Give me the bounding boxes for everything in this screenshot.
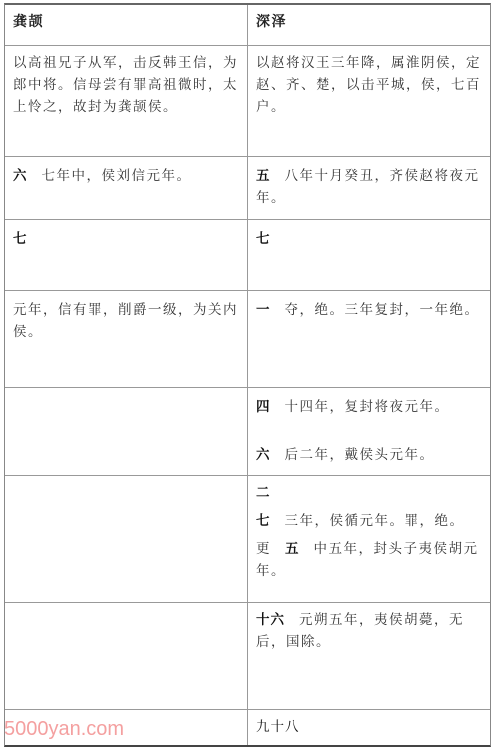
cell-text: 夺，绝。三年复封，一年绝。 [285, 302, 480, 318]
cell-text: 元年，信有罪，削爵一级，为关内侯。 [13, 299, 241, 343]
watermark: 5000yan.com [4, 718, 124, 741]
entry: 二 [256, 482, 484, 504]
table-row: 六七年中，侯刘信元年。 五八年十月癸丑，齐侯赵将夜元年。 [5, 157, 490, 220]
table-cell: 九十八 [248, 710, 490, 745]
table-cell [5, 603, 248, 709]
table-cell: 七 [248, 220, 490, 290]
cell-text: 以高祖兄子从军，击反韩王信，为郎中将。信母尝有罪高祖微时，太上怜之，故封为龚颉侯… [13, 52, 241, 118]
table-cell [5, 476, 248, 602]
table-cell: 五八年十月癸丑，齐侯赵将夜元年。 [248, 157, 490, 219]
cell-text: 三年，侯循元年。罪，绝。 [285, 513, 465, 529]
year-count: 五 [285, 541, 300, 557]
cell-text: 后二年，戴侯头元年。 [285, 447, 435, 463]
entry: 四十四年，复封将夜元年。 [256, 396, 484, 418]
table-cell: 六七年中，侯刘信元年。 [5, 157, 248, 219]
year-count: 七 [256, 513, 271, 529]
table-cell: 以高祖兄子从军，击反韩王信，为郎中将。信母尝有罪高祖微时，太上怜之，故封为龚颉侯… [5, 46, 248, 156]
table-cell: 二 七三年，侯循元年。罪，绝。 更五中五年，封头子夷侯胡元年。 [248, 476, 490, 602]
total-count: 九十八 [256, 719, 300, 735]
table-cell: 四十四年，复封将夜元年。 六后二年，戴侯头元年。 [248, 388, 490, 475]
year-count: 六 [13, 168, 28, 184]
table-cell: 以赵将汉王三年降，属淮阴侯，定赵、齐、楚，以击平城，侯，七百户。 [248, 46, 490, 156]
table-cell: 十六元朔五年，夷侯胡薨，无后，国除。 [248, 603, 490, 709]
year-count: 七 [256, 231, 271, 247]
records-table: 龚颉 深泽 以高祖兄子从军，击反韩王信，为郎中将。信母尝有罪高祖微时，太上怜之，… [4, 3, 491, 747]
table-cell: 元年，信有罪，削爵一级，为关内侯。 [5, 291, 248, 387]
cell-text: 八年十月癸丑，齐侯赵将夜元年。 [256, 168, 480, 206]
cell-text: 七年中，侯刘信元年。 [42, 168, 192, 184]
year-count: 五 [256, 168, 271, 184]
year-count: 四 [256, 399, 271, 415]
year-count: 六 [256, 447, 271, 463]
entry: 更五中五年，封头子夷侯胡元年。 [256, 538, 484, 582]
table-row: 十六元朔五年，夷侯胡薨，无后，国除。 [5, 603, 490, 710]
table-row: 四十四年，复封将夜元年。 六后二年，戴侯头元年。 [5, 388, 490, 476]
table-header-row: 龚颉 深泽 [5, 5, 490, 46]
table-row: 以高祖兄子从军，击反韩王信，为郎中将。信母尝有罪高祖微时，太上怜之，故封为龚颉侯… [5, 46, 490, 157]
header-cell-gongjie: 龚颉 [5, 5, 248, 45]
year-count: 七 [13, 231, 28, 247]
year-count: 十六 [256, 612, 285, 628]
cell-text: 以赵将汉王三年降，属淮阴侯，定赵、齐、楚，以击平城，侯，七百户。 [256, 52, 484, 118]
prefix-label: 更 [256, 541, 271, 557]
table-cell [5, 388, 248, 475]
header-cell-shenze: 深泽 [248, 5, 490, 45]
table-row: 二 七三年，侯循元年。罪，绝。 更五中五年，封头子夷侯胡元年。 [5, 476, 490, 603]
year-count: 二 [256, 485, 271, 501]
entry: 七三年，侯循元年。罪，绝。 [256, 510, 484, 532]
table-row: 元年，信有罪，削爵一级，为关内侯。 一夺，绝。三年复封，一年绝。 [5, 291, 490, 388]
table-cell: 七 [5, 220, 248, 290]
table-cell: 一夺，绝。三年复封，一年绝。 [248, 291, 490, 387]
cell-text: 元朔五年，夷侯胡薨，无后，国除。 [256, 612, 464, 650]
entry: 六后二年，戴侯头元年。 [256, 444, 484, 466]
table-row: 七 七 [5, 220, 490, 291]
year-count: 一 [256, 302, 271, 318]
cell-text: 十四年，复封将夜元年。 [285, 399, 450, 415]
